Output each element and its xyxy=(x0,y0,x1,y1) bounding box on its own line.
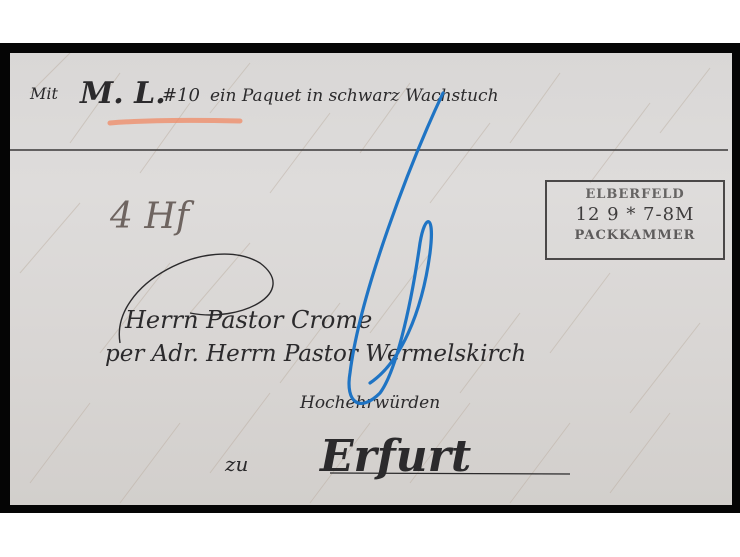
handwriting-layer: Mit M. L. #10 ein Paquet in schwarz Wach… xyxy=(10,53,732,505)
address-prefix-to: zu xyxy=(224,452,248,476)
text-number: #10 xyxy=(162,85,200,106)
rate-mark: 4 Hf xyxy=(109,196,195,237)
text-marking: M. L. xyxy=(79,76,166,111)
postmark-line1: ELBERFELD xyxy=(547,188,723,201)
postmark-line3: PACKKAMMER xyxy=(547,229,723,242)
address-line2: per Adr. Herrn Pastor Wermelskirch xyxy=(105,341,526,367)
text-prefix: Mit xyxy=(29,84,59,103)
text-top-rest: ein Paquet in schwarz Wachstuch xyxy=(210,86,499,106)
address-city: Erfurt xyxy=(318,431,471,482)
letter-cover: Mit M. L. #10 ein Paquet in schwarz Wach… xyxy=(10,53,732,505)
address-line1: Herrn Pastor Crome xyxy=(124,306,372,334)
postmark-line2: 12 9 * 7-8M xyxy=(547,206,723,224)
postmark-stamp: ELBERFELD 12 9 * 7-8M PACKKAMMER xyxy=(545,180,725,260)
